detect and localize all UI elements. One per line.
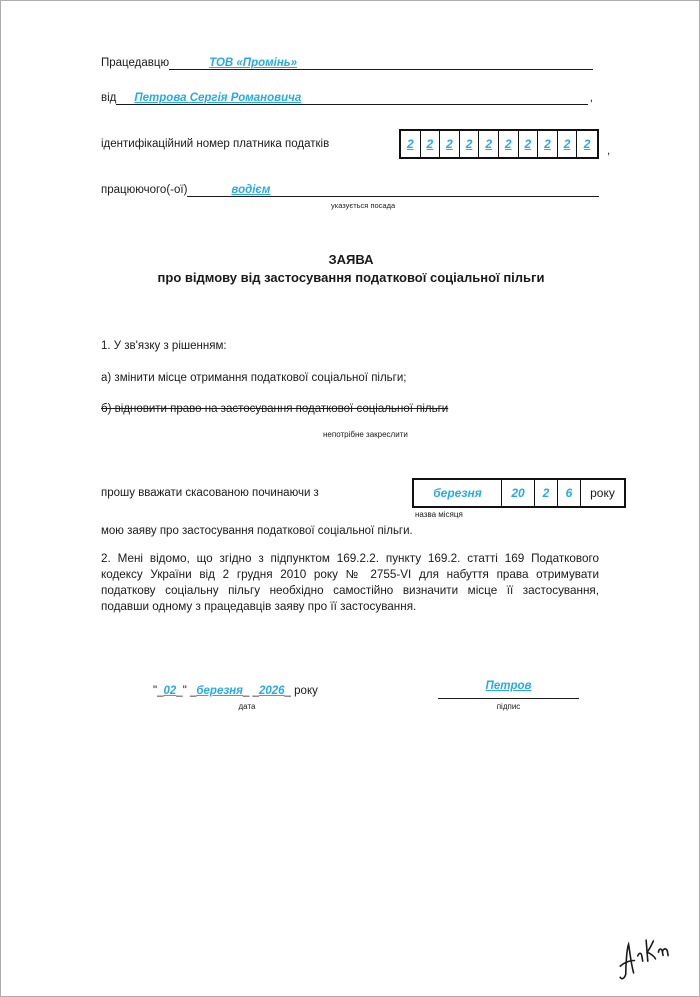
- signature-hint: підпис: [438, 702, 579, 711]
- tax-id-digit[interactable]: 2: [460, 131, 480, 157]
- worker-row: працюючого(-ої) водієм: [101, 184, 599, 197]
- position-blank[interactable]: водієм: [187, 184, 599, 197]
- title-line-2: про відмову від застосування податкової …: [1, 269, 700, 287]
- position-hint: указується посада: [331, 201, 395, 210]
- tax-id-boxes[interactable]: 2 2 2 2 2 2 2 2 2 2: [399, 129, 599, 159]
- strike-hint: непотрібне закреслити: [323, 430, 408, 439]
- from-blank[interactable]: Петрова Сергія Романовича: [116, 92, 587, 105]
- worker-label: працюючого(-ої): [101, 184, 187, 197]
- position-value[interactable]: водієм: [231, 184, 270, 196]
- from-comma: ,: [588, 92, 593, 105]
- employer-row: Працедавцю ТОВ «Промінь»: [101, 57, 593, 70]
- item-b-struck[interactable]: б) відновити право на застосування подат…: [101, 403, 448, 415]
- from-label: від: [101, 92, 116, 105]
- close-quote: ": [183, 685, 187, 697]
- item-a: а) змінити місце отримання податкової со…: [101, 372, 407, 384]
- footer-month[interactable]: березня: [196, 685, 243, 697]
- document-page: Працедавцю ТОВ «Промінь» від Петрова Сер…: [0, 0, 700, 997]
- signature-value[interactable]: Петров: [486, 680, 532, 692]
- from-row: від Петрова Сергія Романовича ,: [101, 92, 593, 105]
- cancel-decade-cell[interactable]: 2: [535, 480, 558, 506]
- tax-id-digit[interactable]: 2: [519, 131, 539, 157]
- month-hint: назва місяця: [415, 510, 463, 519]
- tax-id-digit[interactable]: 2: [401, 131, 421, 157]
- item-intro: 1. У зв'язку з рішенням:: [101, 340, 227, 352]
- footer-year[interactable]: 2026: [259, 685, 285, 697]
- cancel-line-2: мою заяву про застосування податкової со…: [101, 525, 413, 537]
- tax-id-comma: ,: [607, 145, 610, 157]
- tax-id-digit[interactable]: 2: [577, 131, 597, 157]
- document-title: ЗАЯВА про відмову від застосування подат…: [1, 251, 700, 287]
- from-value[interactable]: Петрова Сергія Романовича: [134, 92, 301, 104]
- signature-line[interactable]: Петров: [438, 673, 579, 699]
- title-line-1: ЗАЯВА: [1, 251, 700, 269]
- date-hint: дата: [217, 702, 277, 711]
- tax-id-digit[interactable]: 2: [440, 131, 460, 157]
- footer-day[interactable]: 02: [164, 685, 177, 697]
- cancel-century-cell[interactable]: 20: [502, 480, 535, 506]
- cancel-date-table: березня 20 2 6 року: [412, 478, 626, 508]
- tax-id-label: ідентифікаційний номер платника податків: [101, 138, 329, 150]
- footer-year-word: року: [294, 685, 318, 697]
- tax-id-digit[interactable]: 2: [499, 131, 519, 157]
- tax-id-digit[interactable]: 2: [421, 131, 441, 157]
- tax-id-digit[interactable]: 2: [538, 131, 558, 157]
- tax-id-digit[interactable]: 2: [479, 131, 499, 157]
- cancel-unit-cell[interactable]: 6: [558, 480, 581, 506]
- cancel-year-word-cell: року: [581, 480, 624, 506]
- employer-value[interactable]: ТОВ «Промінь»: [209, 57, 297, 69]
- cancel-line-1: прошу вважати скасованою починаючи з: [101, 487, 319, 499]
- handwritten-scribble-signature: [611, 931, 675, 983]
- paragraph-2: 2. Мені відомо, що згідно з підпунктом 1…: [101, 551, 599, 615]
- tax-id-digit[interactable]: 2: [558, 131, 578, 157]
- employer-label: Працедавцю: [101, 57, 169, 70]
- footer-date: "_02_" _березня_ _2026_ року: [153, 685, 318, 697]
- cancel-month-cell[interactable]: березня: [414, 480, 502, 506]
- employer-blank[interactable]: ТОВ «Промінь»: [169, 57, 593, 70]
